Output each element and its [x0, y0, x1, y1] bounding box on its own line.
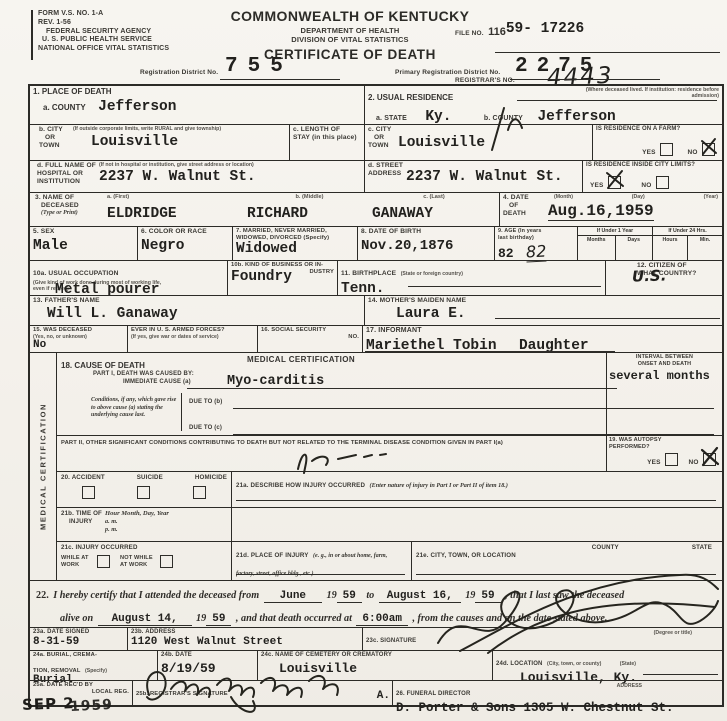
usual-residence-note: (Where deceased lived. If institution: r…	[569, 87, 719, 99]
file-no-label: FILE NO.	[455, 30, 484, 37]
row-8: 15. WAS DECEASED (Yes, no, or unknown) N…	[30, 325, 722, 352]
death-time-value: 6:00am	[356, 613, 408, 626]
interval-column: INTERVAL BETWEEN ONSET AND DEATH several…	[606, 353, 722, 437]
row-6: 10a. USUAL OCCUPATION (Give kind of work…	[30, 260, 722, 295]
armed-forces-value: No	[33, 340, 124, 352]
field-street-address: d. STREET ADDRESS 2237 W. Walnut St.	[364, 161, 582, 192]
farm-question: IS RESIDENCE ON A FARM?	[596, 126, 719, 134]
death-certificate-scan: FORM V.S. NO. 1-A REV. 1-56 FEDERAL SECU…	[0, 0, 727, 721]
injury-location-section: 21c. INJURY OCCURRED WHILE AT WORK NOT W…	[57, 541, 722, 580]
date-of-death-value: Aug.16,1959	[548, 203, 654, 221]
field-was-deceased: 15. WAS DECEASED (Yes, no, or unknown) N…	[30, 326, 127, 352]
days-col: Days	[615, 236, 653, 260]
funeral-director-value: D. Porter & Sons 1305 W. Chestnut St.	[396, 702, 719, 715]
time-of-injury-section: 21b. TIME OF INJURY Hour Month, Day, Yea…	[57, 507, 722, 541]
time-of-injury-blank	[231, 508, 722, 541]
last-name-label: c. (Last)	[372, 194, 496, 201]
attended-to-year: 59	[475, 590, 500, 603]
date-of-birth-value: Nov.20,1876	[361, 239, 491, 254]
checkbox-autopsy-no	[703, 453, 716, 466]
field-father-name: 13. FATHER'S NAME Will L. Ganaway	[30, 296, 364, 325]
row-23: 23a. DATE SIGNED 8-31-59 23b. ADDRESS 11…	[30, 627, 722, 650]
first-name-value: ELDRIDGE	[107, 207, 247, 222]
field-birthplace: 11. BIRTHPLACE (State or foreign country…	[337, 261, 605, 295]
field-manner-checkboxes: 20. ACCIDENT SUICIDE HOMICIDE	[57, 472, 231, 507]
reg-district-label: Registration District No.	[140, 69, 218, 77]
field-occupation: 10a. USUAL OCCUPATION (Give kind of work…	[30, 261, 227, 295]
part2-section: 19. WAS AUTOPSY PERFORMED? YES NO PART I…	[57, 435, 722, 471]
citizen-value: U.S.	[632, 266, 667, 285]
hours-col: Hours	[653, 236, 687, 260]
checkbox-limits-yes	[608, 176, 621, 189]
hospital-note: (If not in hospital or institution, give…	[99, 162, 361, 168]
field-inside-city-limits: IS RESIDENCE INSIDE CITY LIMITS? YES NO	[582, 161, 722, 192]
race-value: Negro	[141, 239, 229, 254]
file-no-printed: 116	[488, 26, 506, 38]
attended-from-value: June	[264, 590, 322, 603]
checkbox-suicide	[137, 486, 150, 499]
medical-side-strip: MEDICAL CERTIFICATION	[30, 353, 56, 580]
manner-section: 20. ACCIDENT SUICIDE HOMICIDE 21a. DESCR…	[57, 471, 722, 507]
agency-line-1: FEDERAL SECURITY AGENCY	[38, 28, 169, 37]
sex-value: Male	[33, 239, 134, 254]
part2-label: PART II, OTHER SIGNIFICANT CONDITIONS CO…	[61, 440, 600, 447]
field-under-1-year: If Under 1 Year Months Days	[577, 227, 652, 260]
checkbox-farm-yes	[660, 143, 673, 156]
certify-text-3: , from the causes and on the date stated…	[412, 613, 607, 624]
row-24: 24a. BURIAL, CREMA- TION, REMOVAL (Speci…	[30, 650, 722, 680]
field-industry: 10b. KIND OF BUSINESS OR IN- DUSTRY Foun…	[227, 261, 337, 295]
field-date-of-death: (Month) (Day) (Year) 4. DATE OF DEATH Au…	[499, 193, 722, 226]
street-address-value: 2237 W. Walnut St.	[406, 170, 563, 185]
medical-certification-title: MEDICAL CERTIFICATION	[247, 355, 355, 365]
paper-edge-line	[31, 10, 33, 60]
res-county-value: Jefferson	[537, 109, 615, 125]
checkbox-not-at-work	[160, 555, 173, 568]
dept-line-2: DIVISION OF VITAL STATISTICS	[205, 35, 495, 44]
cemetery-value: Louisville	[279, 662, 489, 676]
field-burial-date: 24b. DATE 8/19/59	[157, 651, 257, 680]
attended-from-year: 59	[337, 590, 362, 603]
reg-district-line	[220, 78, 340, 80]
age-struck-value: 82	[498, 246, 514, 261]
res-county-label: b. COUNTY	[484, 115, 523, 122]
field-cemetery: 24c. NAME OF CEMETERY OR CREMATORY Louis…	[257, 651, 492, 680]
primary-district-label: Primary Registration District No.	[395, 69, 500, 77]
registrar-suffix: A.	[377, 691, 390, 703]
field-citizen: 12. CITIZEN OF WHAT COUNTRY? U.S.	[605, 261, 722, 295]
field-usual-residence: 2. USUAL RESIDENCE (Where deceased lived…	[364, 86, 722, 124]
limits-question: IS RESIDENCE INSIDE CITY LIMITS?	[586, 162, 719, 170]
field-physician-signature: 23c. SIGNATURE (Degree or title)	[362, 628, 722, 650]
field-residence-on-farm: IS RESIDENCE ON A FARM? YES NO	[592, 125, 722, 160]
last-seen-value: August 14,	[98, 613, 192, 626]
certify-text-2: , that I last saw the deceased	[505, 590, 624, 601]
form-revision: REV. 1-56	[38, 19, 169, 28]
row-1: 1. PLACE OF DEATH a. COUNTY Jefferson 2.…	[30, 86, 722, 124]
certificate-form: 1. PLACE OF DEATH a. COUNTY Jefferson 2.…	[28, 84, 724, 707]
row-2: b. CITY OR TOWN (If outside corporate li…	[30, 124, 722, 160]
form-number: FORM V.S. NO. 1-A	[38, 10, 169, 19]
field-informant: 17. INFORMANT Mariethel Tobin Daughter	[362, 326, 722, 352]
field-place-of-injury: 21d. PLACE OF INJURY (e. g., in or about…	[231, 542, 411, 580]
middle-name-value: RICHARD	[247, 207, 372, 222]
father-name-value: Will L. Ganaway	[47, 307, 361, 322]
field-injury-occurred: 21c. INJURY OCCURRED WHILE AT WORK NOT W…	[57, 542, 231, 580]
commonwealth-title: COMMONWEALTH OF KENTUCKY	[205, 8, 495, 24]
marital-value: Widowed	[236, 242, 354, 257]
primary-district-line	[510, 78, 660, 80]
date-signed-value: 8-31-59	[33, 637, 124, 649]
physician-address-value: 1120 West Walnut Street	[131, 637, 359, 649]
county-value: Jefferson	[98, 99, 176, 115]
field-race: 6. COLOR OR RACE Negro	[137, 227, 232, 260]
field-funeral-director: 26. FUNERAL DIRECTOR ADDRESS D. Porter &…	[392, 681, 722, 707]
mother-name-value: Laura E.	[396, 307, 719, 322]
field-mother-name: 14. MOTHER'S MAIDEN NAME Laura E.	[364, 296, 722, 325]
middle-name-label: b. (Middle)	[247, 194, 372, 201]
row-4: 3. NAME OF DECEASED (Type or Print) a. (…	[30, 192, 722, 226]
primary-district-value: 2275	[515, 56, 601, 78]
checkbox-farm-no	[702, 143, 715, 156]
field-residence-city: c. CITY OR TOWN Louisville	[364, 125, 592, 160]
residence-city-value: Louisville	[398, 136, 485, 151]
hospital-value: 2237 W. Walnut St.	[99, 170, 361, 185]
months-col: Months	[578, 236, 615, 260]
first-name-label: a. (First)	[107, 194, 247, 201]
field-length-of-stay: c. LENGTH OF STAY (in this place)	[289, 125, 364, 160]
file-no-value: 59- 17226	[506, 21, 584, 37]
field-registrar-signature: 25b. REGISTRAR'S SIGNATURE A.	[132, 681, 392, 707]
field-sex: 5. SEX Male	[30, 227, 137, 260]
received-stamp-year: 1959	[70, 697, 114, 715]
field-under-24-hrs: If Under 24 Hrs. Hours Min.	[652, 227, 722, 260]
interval-value: several months	[609, 370, 720, 383]
field-marital-status: 7. MARRIED, NEVER MARRIED, WIDOWED, DIVO…	[232, 227, 357, 260]
certify-text-1: I hereby certify that I attended the dec…	[53, 590, 259, 601]
city-of-death-value: Louisville	[91, 135, 286, 150]
row-7: 13. FATHER'S NAME Will L. Ganaway 14. MO…	[30, 295, 722, 325]
field-time-of-injury: 21b. TIME OF INJURY Hour Month, Day, Yea…	[57, 508, 231, 541]
row-25: 25a. DATE REC'D BY LOCAL REG. 25b. REGIS…	[30, 680, 722, 707]
medical-vertical-label: MEDICAL CERTIFICATION	[30, 353, 56, 580]
field-physician-address: 23b. ADDRESS 1120 West Walnut Street	[127, 628, 362, 650]
county-label: a. COUNTY	[43, 103, 86, 112]
burial-date-value: 8/19/59	[161, 662, 254, 676]
place-of-death-title: 1. PLACE OF DEATH	[33, 87, 361, 97]
field-date-of-birth: 8. DATE OF BIRTH Nov.20,1876	[357, 227, 494, 260]
last-name-value: GANAWAY	[372, 207, 496, 222]
field-ssn: 16. SOCIAL SECURITY NO.	[257, 326, 362, 352]
medical-band: MEDICAL CERTIFICATION INTERVAL BETWEEN O…	[30, 352, 722, 580]
checkbox-autopsy-yes	[665, 453, 678, 466]
field-autopsy: 19. WAS AUTOPSY PERFORMED? YES NO	[606, 436, 722, 472]
checkbox-homicide	[193, 486, 206, 499]
checkbox-accident	[82, 486, 95, 499]
received-stamp-month: SEP 2	[22, 694, 75, 714]
field-city-of-death: b. CITY OR TOWN (If outside corporate li…	[30, 125, 289, 160]
field-name-of-deceased: 3. NAME OF DECEASED (Type or Print) a. (…	[30, 193, 499, 226]
field-armed-forces: EVER IN U. S. ARMED FORCES? (If yes, giv…	[127, 326, 257, 352]
row-3: d. FULL NAME OF HOSPITAL OR INSTITUTION …	[30, 160, 722, 192]
field-injury-city: 21e. CITY, TOWN, OR LOCATION COUNTY STAT…	[411, 542, 722, 580]
field-burial: 24a. BURIAL, CREMA- TION, REMOVAL (Speci…	[30, 651, 157, 680]
file-no-line	[495, 51, 720, 53]
registration-district-block: Registration District No. 755 Primary Re…	[140, 56, 700, 82]
checkbox-while-at-work	[97, 555, 110, 568]
last-seen-year: 59	[206, 613, 231, 626]
certify-statement: 22. I hereby certify that I attended the…	[30, 580, 722, 627]
age-value: 82	[526, 241, 547, 262]
cause-of-death-section: INTERVAL BETWEEN ONSET AND DEATH several…	[57, 353, 722, 435]
form-id-block: FORM V.S. NO. 1-A REV. 1-56 FEDERAL SECU…	[38, 10, 169, 54]
state-label: a. STATE	[376, 115, 407, 122]
dept-line-1: DEPARTMENT OF HEALTH	[205, 26, 495, 35]
title-block: COMMONWEALTH OF KENTUCKY DEPARTMENT OF H…	[205, 8, 495, 62]
agency-line-3: NATIONAL OFFICE VITAL STATISTICS	[38, 45, 169, 54]
city-note: (If outside corporate limits, write RURA…	[73, 126, 286, 132]
field-how-injury: 21a. DESCRIBE HOW INJURY OCCURRED (Enter…	[231, 472, 722, 507]
field-burial-location: 24d. LOCATION (City, town, or county) (S…	[492, 651, 722, 680]
row-5: 5. SEX Male 6. COLOR OR RACE Negro 7. MA…	[30, 226, 722, 260]
min-col: Min.	[687, 236, 722, 260]
conditions-note: Conditions, if any, which gave rise to a…	[91, 397, 179, 420]
field-age: 9. AGE (In years last birthday) 82 82	[494, 227, 577, 260]
city-label: b. CITY	[39, 126, 73, 134]
medical-content: INTERVAL BETWEEN ONSET AND DEATH several…	[56, 353, 722, 580]
reg-district-value: 755	[225, 56, 293, 78]
field-place-of-death: 1. PLACE OF DEATH a. COUNTY Jefferson	[30, 86, 364, 124]
field-date-signed: 23a. DATE SIGNED 8-31-59	[30, 628, 127, 650]
agency-line-2: U. S. PUBLIC HEALTH SERVICE	[38, 36, 169, 45]
state-value: Ky.	[425, 109, 451, 125]
cause-a-value: Myo-carditis	[227, 375, 324, 389]
field-hospital: d. FULL NAME OF HOSPITAL OR INSTITUTION …	[30, 161, 364, 192]
attended-to-value: August 16,	[379, 590, 461, 603]
usual-residence-title: 2. USUAL RESIDENCE	[368, 93, 453, 102]
checkbox-limits-no	[656, 176, 669, 189]
